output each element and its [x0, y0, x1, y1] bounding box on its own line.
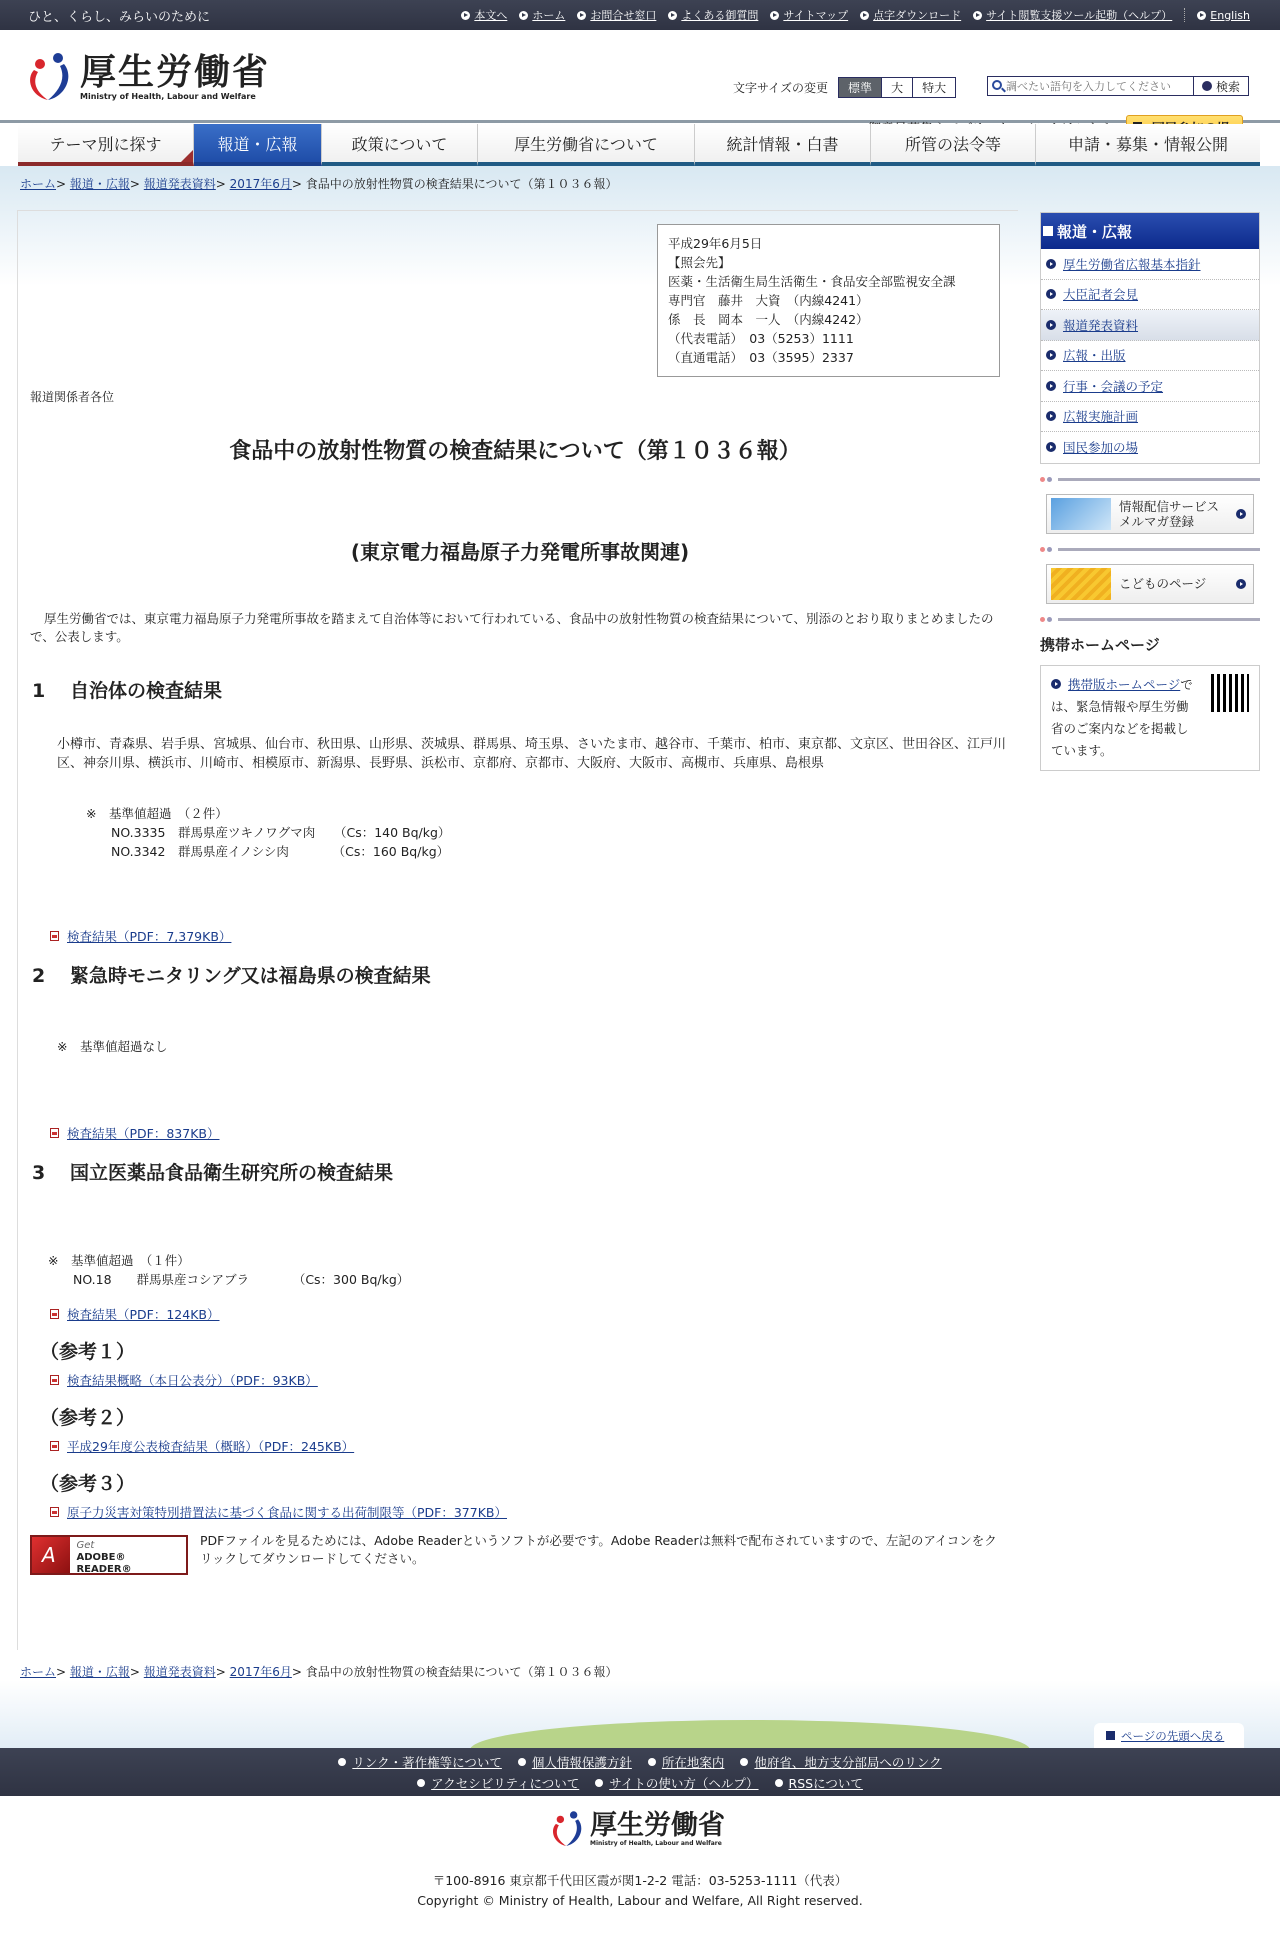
- search-box: 検索: [987, 76, 1249, 96]
- footer-logo-text: 厚生労働省: [590, 1812, 725, 1840]
- divider: [1040, 474, 1260, 484]
- pdf-icon: [50, 1507, 59, 1517]
- back-to-top-button[interactable]: ページの先頭へ戻る: [1094, 1723, 1244, 1748]
- reference-heading-2: （参考２）: [40, 1403, 135, 1430]
- adobe-name-label: ADOBE® READER®: [76, 1552, 180, 1576]
- pdf-icon: [50, 931, 59, 941]
- link-label: 平成29年度公表検査結果（概略）（PDF：245KB）: [67, 1437, 354, 1455]
- sidebar-item-pr-policy[interactable]: 厚生労働省広報基本指針: [1041, 249, 1259, 280]
- nav-applications[interactable]: 申請・募集・情報公開: [1036, 124, 1260, 166]
- pdf-icon: [50, 1128, 59, 1138]
- link-accessibility-tool[interactable]: サイト閲覧支援ツール起動（ヘルプ）: [973, 7, 1172, 23]
- link-contact[interactable]: お問合せ窓口: [577, 7, 656, 23]
- link-label: 検査結果概略（本日公表分）（PDF：93KB）: [67, 1371, 318, 1389]
- breadcrumb-month[interactable]: 2017年6月: [230, 177, 292, 191]
- link-label: 検査結果（PDF：837KB）: [67, 1124, 220, 1142]
- logo-subtext: Ministry of Health, Labour and Welfare: [80, 92, 270, 101]
- link-label: 原子力災害対策特別措置法に基づく食品に関する出荷制限等（PDF：377KB）: [67, 1503, 507, 1521]
- footer-address-block: 〒100-8916 東京都千代田区霞が関1-2-2 電話：03-5253-111…: [0, 1871, 1280, 1911]
- font-size-xlarge-button[interactable]: 特大: [913, 78, 955, 97]
- arrow-icon: [668, 11, 677, 20]
- link-label: 所在地案内: [662, 1753, 725, 1771]
- sidebar-link[interactable]: 報道発表資料: [1063, 316, 1138, 334]
- pdf-link-section-2[interactable]: 検査結果（PDF：837KB）: [50, 1124, 220, 1142]
- tagline: ひと、くらし、みらいのために: [28, 6, 210, 25]
- up-arrow-icon: [1106, 1731, 1115, 1740]
- sidebar-link[interactable]: 広報・出版: [1063, 346, 1126, 364]
- link-label: 個人情報保護方針: [532, 1753, 632, 1771]
- breadcrumb-current: 食品中の放射性物質の検査結果について（第１０３６報）: [306, 1665, 618, 1679]
- link-label: お問合せ窓口: [590, 7, 656, 23]
- arrow-icon: [973, 11, 982, 20]
- search-icon: [992, 80, 1002, 90]
- back-to-top-link[interactable]: ページの先頭へ戻る: [1121, 1728, 1224, 1744]
- link-label: 検査結果（PDF：7,379KB）: [67, 927, 231, 945]
- arrow-icon: [775, 1779, 783, 1787]
- pdf-link-section-1[interactable]: 検査結果（PDF：7,379KB）: [50, 927, 231, 945]
- arrow-icon: [860, 11, 869, 20]
- site-logo[interactable]: 厚生労働省 Ministry of Health, Labour and Wel…: [26, 52, 270, 102]
- page-title: 食品中の放射性物質の検査結果について（第１０３６報）: [0, 434, 1030, 465]
- contact-person-1: 専門官 藤井 大資 （内線4241）: [668, 291, 989, 310]
- arrow-icon: [770, 11, 779, 20]
- arrow-icon: [1046, 320, 1056, 330]
- section-heading-1: 1自治体の検査結果: [32, 676, 222, 703]
- footer-nav: リンク・著作権等について 個人情報保護方針 所在地案内 他府省、地方支分部局への…: [0, 1748, 1280, 1796]
- home-icon: [519, 11, 528, 20]
- footer-logo-subtext: Ministry of Health, Labour and Welfare: [590, 1840, 725, 1847]
- footer-link-access[interactable]: 所在地案内: [648, 1753, 725, 1771]
- qr-code-icon: [1211, 674, 1249, 712]
- breadcrumb-month[interactable]: 2017年6月: [230, 1665, 292, 1679]
- envelope-icon: [1051, 498, 1111, 530]
- sidebar-link[interactable]: 国民参加の場: [1063, 438, 1138, 456]
- sidebar: 報道・広報 厚生労働省広報基本指針 大臣記者会見 報道発表資料 広報・出版 行事…: [1040, 212, 1260, 771]
- sidebar-item-events[interactable]: 行事・会議の予定: [1041, 371, 1259, 402]
- sidebar-link[interactable]: 広報実施計画: [1063, 407, 1138, 425]
- site-header: 厚生労働省 Ministry of Health, Labour and Wel…: [0, 30, 1280, 123]
- global-nav: テーマ別に探す 報道・広報 政策について 厚生労働省について 統計情報・白書 所…: [18, 124, 1260, 166]
- adobe-reader-notice: PDFファイルを見るためには、Adobe Readerというソフトが必要です。A…: [200, 1532, 1000, 1568]
- link-faq[interactable]: よくある御質問: [668, 7, 758, 23]
- logo-text: 厚生労働省: [80, 54, 270, 92]
- link-braille-download[interactable]: 点字ダウンロード: [860, 7, 961, 23]
- link-label: 点字ダウンロード: [873, 7, 961, 23]
- mobile-site-link[interactable]: 携帯版ホームページ: [1068, 677, 1180, 692]
- sidebar-link[interactable]: 厚生労働省広報基本指針: [1063, 255, 1201, 273]
- section-title: 自治体の検査結果: [70, 680, 222, 702]
- contact-heading: 【照会先】: [668, 253, 989, 272]
- banner-line: 情報配信サービス: [1119, 499, 1236, 514]
- sidebar-link[interactable]: 行事・会議の予定: [1063, 377, 1163, 395]
- font-size-label: 文字サイズの変更: [733, 79, 828, 96]
- nav-laws[interactable]: 所管の法令等: [871, 124, 1036, 166]
- arrow-icon: [1046, 289, 1056, 299]
- arrow-icon: [338, 1758, 346, 1766]
- font-size-switcher: 文字サイズの変更 標準 大 特大: [733, 77, 956, 98]
- arrow-icon: [1202, 81, 1212, 91]
- section-title: 緊急時モニタリング又は福島県の検査結果: [70, 965, 431, 987]
- breadcrumb: ホーム> 報道・広報> 報道発表資料> 2017年6月> 食品中の放射性物質の検…: [20, 175, 618, 192]
- nav-about[interactable]: 厚生労働省について: [478, 124, 695, 166]
- mobile-site-heading: 携帯ホームページ: [1040, 634, 1260, 655]
- link-home[interactable]: ホーム: [519, 7, 565, 23]
- footer-link-copyright[interactable]: リンク・著作権等について: [338, 1753, 502, 1771]
- contact-department: 医薬・生活衛生局生活衛生・食品安全部監視安全課: [668, 272, 989, 291]
- nav-press[interactable]: 報道・広報: [194, 124, 322, 166]
- sidebar-heading: 報道・広報: [1041, 213, 1259, 249]
- arrow-icon: [1046, 442, 1056, 452]
- link-english[interactable]: English: [1197, 9, 1250, 22]
- banner-line: メルマガ登録: [1119, 514, 1236, 529]
- breadcrumb-bottom: ホーム> 報道・広報> 報道発表資料> 2017年6月> 食品中の放射性物質の検…: [20, 1663, 618, 1680]
- arrow-icon: [461, 11, 470, 20]
- contact-info-box: 平成29年6月5日 【照会先】 医薬・生活衛生局生活衛生・食品安全部監視安全課 …: [657, 224, 1000, 377]
- arrow-icon: [1236, 509, 1246, 519]
- search-button[interactable]: 検索: [1193, 77, 1248, 95]
- footer-address: 〒100-8916 東京都千代田区霞が関1-2-2 電話：03-5253-111…: [0, 1871, 1280, 1891]
- arrow-icon: [740, 1758, 748, 1766]
- search-input[interactable]: [988, 80, 1188, 93]
- sidebar-item-press-conference[interactable]: 大臣記者会見: [1041, 280, 1259, 311]
- sidebar-menu: 報道・広報 厚生労働省広報基本指針 大臣記者会見 報道発表資料 広報・出版 行事…: [1040, 212, 1260, 464]
- adobe-get-label: Get: [76, 1540, 180, 1552]
- pdf-icon: [50, 1375, 59, 1385]
- release-date: 平成29年6月5日: [668, 234, 989, 253]
- pdf-link-reference-2[interactable]: 平成29年度公表検査結果（概略）（PDF：245KB）: [50, 1437, 354, 1455]
- mobile-site-box: 携帯版ホームページでは、緊急情報や厚生労働省のご案内などを掲載しています。: [1040, 665, 1260, 771]
- mail-magazine-banner[interactable]: 情報配信サービスメルマガ登録: [1046, 494, 1254, 534]
- link-label: サイト閲覧支援ツール起動（ヘルプ）: [986, 7, 1172, 23]
- arrow-icon: [518, 1758, 526, 1766]
- link-label: リンク・著作権等について: [352, 1753, 502, 1771]
- sidebar-item-participation[interactable]: 国民参加の場: [1041, 432, 1259, 463]
- sidebar-heading-label: 報道・広報: [1057, 221, 1132, 242]
- breadcrumb-home[interactable]: ホーム: [20, 177, 56, 191]
- section-heading-3: 3国立医薬品食品衛生研究所の検査結果: [32, 1158, 393, 1185]
- addressee: 報道関係者各位: [30, 388, 114, 405]
- section-number: 1: [32, 680, 70, 702]
- contact-main-phone: （代表電話） 03（5253）1111: [668, 329, 989, 348]
- divider: [1040, 544, 1260, 554]
- arrow-icon: [1043, 226, 1053, 236]
- banner-line: こどものページ: [1119, 576, 1236, 591]
- pdf-link-reference-1[interactable]: 検査結果概略（本日公表分）（PDF：93KB）: [50, 1371, 318, 1389]
- children-icon: [1051, 568, 1111, 600]
- link-label: 他府省、地方支分部局へのリンク: [754, 1753, 941, 1771]
- link-label: アクセシビリティについて: [431, 1774, 579, 1792]
- get-adobe-reader-button[interactable]: Get ADOBE® READER®: [30, 1535, 188, 1575]
- municipality-list: 小樽市、青森県、岩手県、宮城県、仙台市、秋田県、山形県、茨城県、群馬県、埼玉県、…: [57, 735, 1015, 773]
- arrow-icon: [1046, 259, 1056, 269]
- arrow-icon: [1046, 350, 1056, 360]
- contact-person-2: 係 長 岡本 一人 （内線4242）: [668, 310, 989, 329]
- arrow-icon: [1051, 679, 1061, 689]
- link-label: よくある御質問: [681, 7, 758, 23]
- link-label: 本文へ: [474, 7, 507, 23]
- exceedance-note-3: ※ 基準値超過 （１件） NO.18 群馬県産コシアブラ （Cs：300 Bq/…: [48, 1251, 409, 1289]
- sidebar-item-press-releases[interactable]: 報道発表資料: [1041, 310, 1259, 341]
- footer-logo: 厚生労働省 Ministry of Health, Labour and Wel…: [550, 1810, 725, 1848]
- breadcrumb-current: 食品中の放射性物質の検査結果について（第１０３６報）: [306, 177, 618, 191]
- font-size-standard-button[interactable]: 標準: [839, 78, 882, 97]
- link-label: ホーム: [532, 7, 565, 23]
- arrow-icon: [577, 11, 586, 20]
- nav-statistics[interactable]: 統計情報・白書: [695, 124, 871, 166]
- link-label: English: [1210, 9, 1250, 22]
- link-label: RSSについて: [789, 1774, 863, 1792]
- link-label: サイトの使い方（ヘルプ）: [609, 1774, 758, 1792]
- pdf-link-section-3[interactable]: 検査結果（PDF：124KB）: [50, 1305, 220, 1323]
- divider: [1184, 8, 1185, 22]
- utility-links: 本文へ ホーム お問合せ窓口 よくある御質問 サイトマップ 点字ダウンロード サ…: [449, 7, 1250, 23]
- pdf-icon: [50, 1441, 59, 1451]
- reference-heading-3: （参考３）: [40, 1469, 135, 1496]
- breadcrumb-home[interactable]: ホーム: [20, 1665, 56, 1679]
- link-skip-to-content[interactable]: 本文へ: [461, 7, 507, 23]
- ministry-logo-icon: [550, 1810, 584, 1848]
- arrow-icon: [1197, 11, 1206, 20]
- breadcrumb-press[interactable]: 報道・広報: [70, 177, 130, 191]
- footer-link-help[interactable]: サイトの使い方（ヘルプ）: [595, 1774, 758, 1792]
- page-subtitle: (東京電力福島原子力発電所事故関連): [0, 536, 1040, 565]
- adobe-reader-icon: [32, 1537, 70, 1573]
- breadcrumb-press[interactable]: 報道・広報: [70, 1665, 130, 1679]
- nav-policy[interactable]: 政策について: [322, 124, 478, 166]
- reference-heading-1: （参考１）: [40, 1337, 135, 1364]
- link-label: サイトマップ: [783, 7, 848, 23]
- arrow-icon: [1046, 381, 1056, 391]
- pdf-icon: [50, 1309, 59, 1319]
- exceedance-note-1: ※ 基準値超過 （２件） NO.3335 群馬県産ツキノワグマ肉 （Cs：140…: [86, 804, 450, 861]
- ministry-logo-icon: [26, 52, 72, 102]
- divider: [1040, 614, 1260, 624]
- kids-page-banner[interactable]: こどものページ: [1046, 564, 1254, 604]
- footer-link-other-ministries[interactable]: 他府省、地方支分部局へのリンク: [740, 1753, 941, 1771]
- pdf-link-reference-3[interactable]: 原子力災害対策特別措置法に基づく食品に関する出荷制限等（PDF：377KB）: [50, 1503, 507, 1521]
- section-number: 3: [32, 1162, 70, 1184]
- contact-direct-phone: （直通電話） 03（3595）2337: [668, 348, 989, 367]
- breadcrumb-press-releases[interactable]: 報道発表資料: [144, 177, 216, 191]
- search-button-label: 検索: [1216, 78, 1240, 95]
- sidebar-item-pr-plan[interactable]: 広報実施計画: [1041, 402, 1259, 433]
- arrow-icon: [417, 1779, 425, 1787]
- arrow-icon: [595, 1779, 603, 1787]
- exceedance-note-2: ※ 基準値超過なし: [57, 1037, 167, 1056]
- link-sitemap[interactable]: サイトマップ: [770, 7, 848, 23]
- link-label: 検査結果（PDF：124KB）: [67, 1305, 220, 1323]
- intro-paragraph: 厚生労働省では、東京電力福島原子力発電所事故を踏まえて自治体等において行われてい…: [30, 610, 1010, 646]
- footer-link-rss[interactable]: RSSについて: [775, 1774, 863, 1792]
- arrow-icon: [648, 1758, 656, 1766]
- arrow-icon: [1236, 579, 1246, 589]
- section-title: 国立医薬品食品衛生研究所の検査結果: [70, 1162, 393, 1184]
- section-heading-2: 2緊急時モニタリング又は福島県の検査結果: [32, 961, 431, 988]
- arrow-icon: [1046, 411, 1056, 421]
- top-bar: ひと、くらし、みらいのために 本文へ ホーム お問合せ窓口 よくある御質問 サイ…: [0, 0, 1280, 30]
- footer-link-accessibility[interactable]: アクセシビリティについて: [417, 1774, 579, 1792]
- nav-theme-search[interactable]: テーマ別に探す: [18, 124, 194, 166]
- footer-link-privacy[interactable]: 個人情報保護方針: [518, 1753, 632, 1771]
- footer-copyright: Copyright © Ministry of Health, Labour a…: [0, 1891, 1280, 1911]
- breadcrumb-press-releases[interactable]: 報道発表資料: [144, 1665, 216, 1679]
- sidebar-link[interactable]: 大臣記者会見: [1063, 285, 1138, 303]
- section-number: 2: [32, 965, 70, 987]
- sidebar-item-publications[interactable]: 広報・出版: [1041, 341, 1259, 372]
- font-size-large-button[interactable]: 大: [882, 78, 913, 97]
